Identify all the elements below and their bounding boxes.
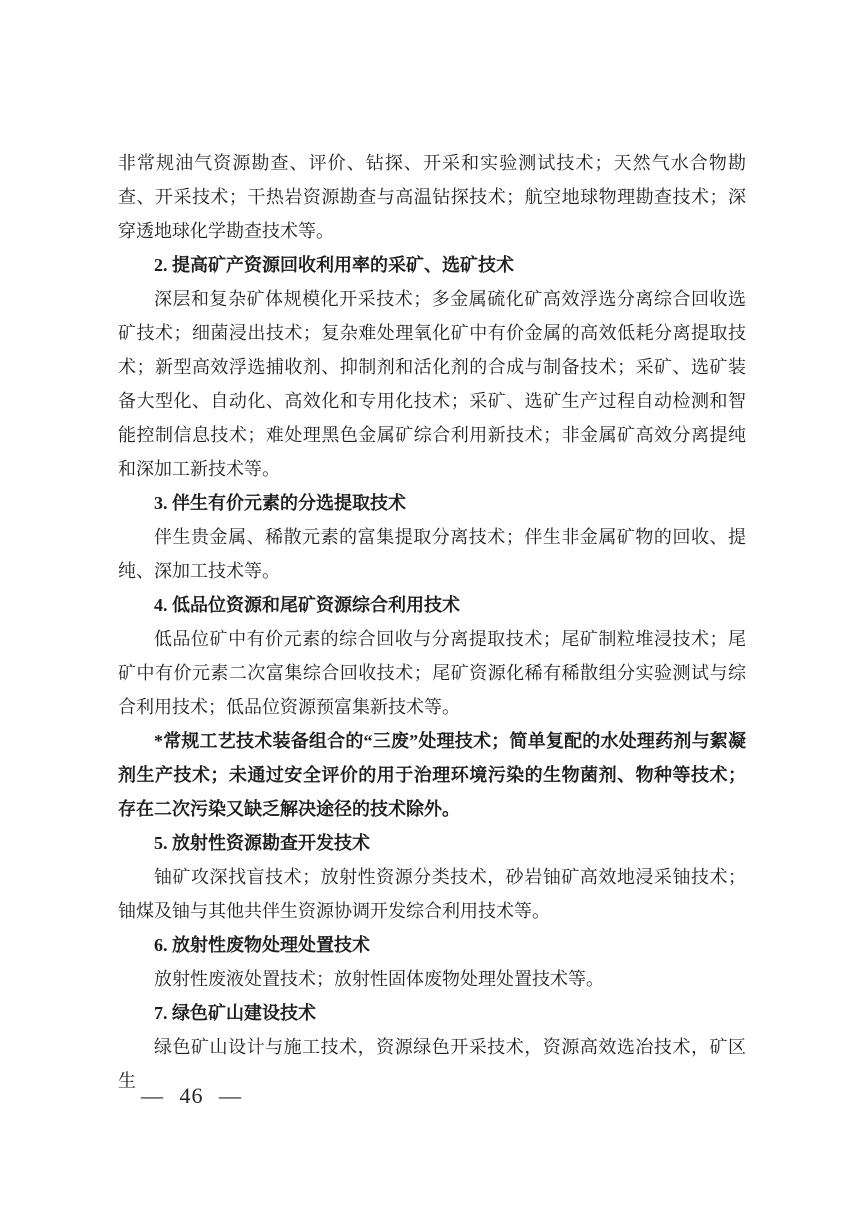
- document-page: 非常规油气资源勘查、评价、钻探、开采和实验测试技术；天然气水合物勘查、开采技术；…: [0, 0, 860, 1216]
- heading-section-4: 4. 低品位资源和尾矿资源综合利用技术: [118, 588, 746, 622]
- heading-section-7: 7. 绿色矿山建设技术: [118, 996, 746, 1030]
- para-section-6: 放射性废液处置技术；放射性固体废物处理处置技术等。: [118, 962, 746, 996]
- heading-section-5: 5. 放射性资源勘查开发技术: [118, 826, 746, 860]
- para-section-4: 低品位矿中有价元素的综合回收与分离提取技术；尾矿制粒堆浸技术；尾矿中有价元素二次…: [118, 622, 746, 724]
- para-exclusion-note: *常规工艺技术装备组合的“三废”处理技术；简单复配的水处理药剂与絮凝剂生产技术；…: [118, 724, 746, 826]
- page-number: — 46 —: [141, 1083, 242, 1109]
- para-section-3: 伴生贵金属、稀散元素的富集提取分离技术；伴生非金属矿物的回收、提纯、深加工技术等…: [118, 520, 746, 588]
- heading-section-3: 3. 伴生有价元素的分选提取技术: [118, 486, 746, 520]
- para-oil-gas-continuation: 非常规油气资源勘查、评价、钻探、开采和实验测试技术；天然气水合物勘查、开采技术；…: [118, 146, 746, 248]
- heading-section-6: 6. 放射性废物处理处置技术: [118, 928, 746, 962]
- para-section-2: 深层和复杂矿体规模化开采技术；多金属硫化矿高效浮选分离综合回收选矿技术；细菌浸出…: [118, 282, 746, 486]
- para-section-5: 铀矿攻深找盲技术；放射性资源分类技术，砂岩铀矿高效地浸采铀技术；铀煤及铀与其他共…: [118, 860, 746, 928]
- document-body: 非常规油气资源勘查、评价、钻探、开采和实验测试技术；天然气水合物勘查、开采技术；…: [118, 146, 746, 1098]
- heading-section-2: 2. 提高矿产资源回收利用率的采矿、选矿技术: [118, 248, 746, 282]
